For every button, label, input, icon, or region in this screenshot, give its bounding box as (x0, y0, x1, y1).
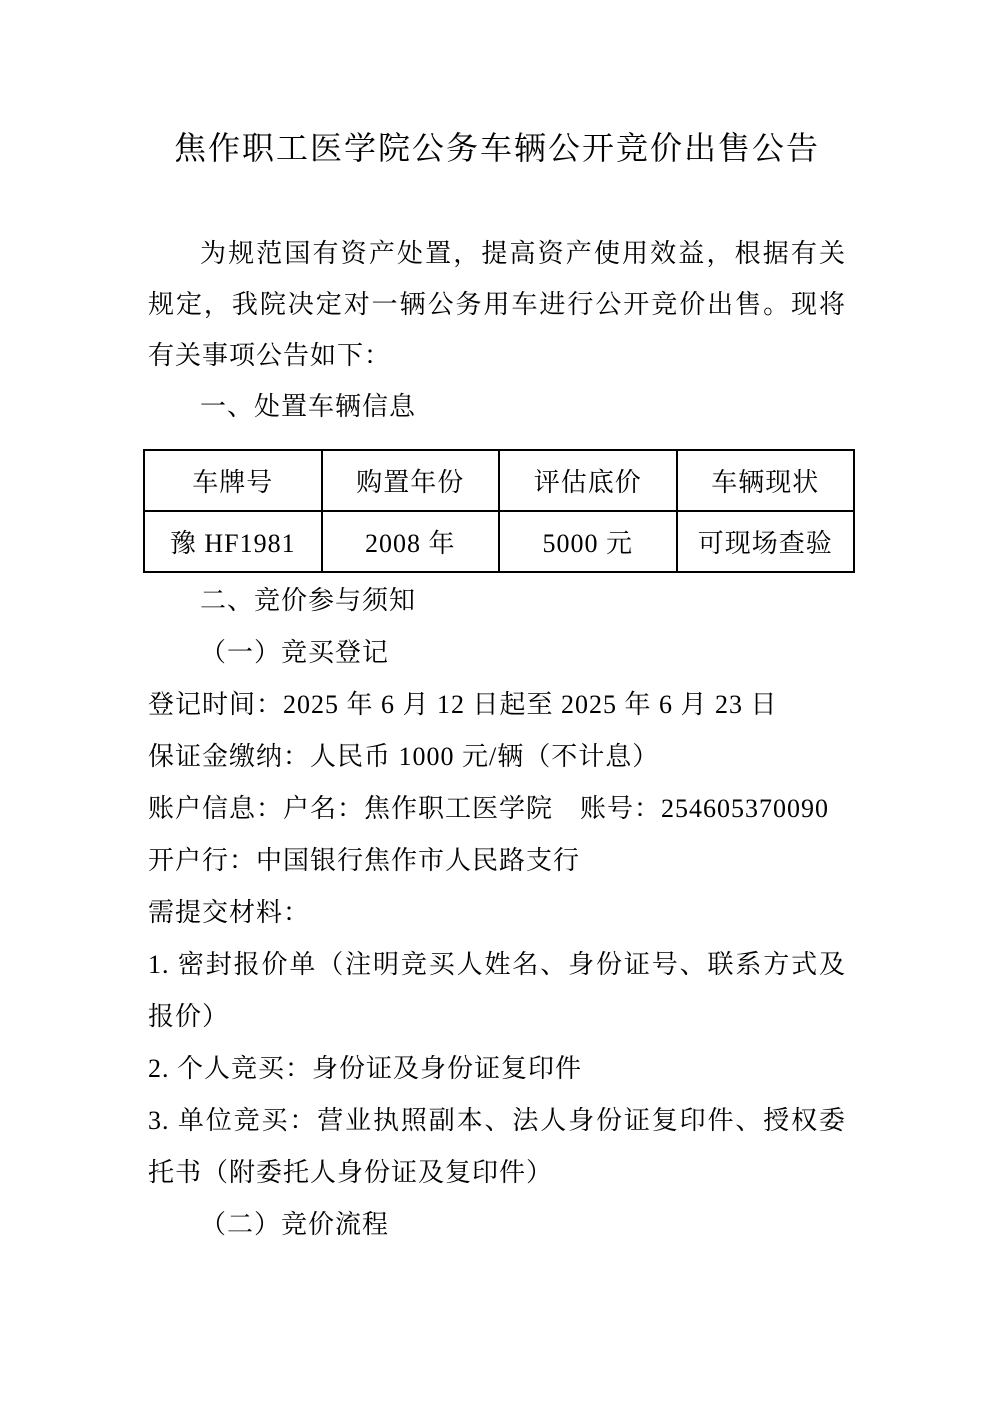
material-item-individual-bidder: 2. 个人竞买：身份证及身份证复印件 (148, 1043, 846, 1095)
cell-purchase-year: 2008 年 (322, 511, 500, 572)
vehicle-info-table: 车牌号 购置年份 评估底价 车辆现状 豫 HF1981 2008 年 5000 … (143, 449, 855, 573)
vehicle-table-head: 车牌号 购置年份 评估底价 车辆现状 (144, 450, 854, 511)
header-cell-vehicle-condition: 车辆现状 (677, 450, 855, 511)
deposit-payment-line: 保证金缴纳：人民币 1000 元/辆（不计息） (148, 731, 846, 783)
section2: 二、竞价参与须知 （一）竞买登记 登记时间：2025 年 6 月 12 日起至 … (148, 575, 846, 1251)
section1-heading: 一、处置车辆信息 (148, 381, 846, 432)
header-cell-appraised-price: 评估底价 (499, 450, 677, 511)
intro-paragraph: 为规范国有资产处置，提高资产使用效益，根据有关规定，我院决定对一辆公务用车进行公… (148, 228, 846, 381)
cell-plate-number: 豫 HF1981 (144, 511, 322, 572)
document-page: 焦作职工医学院公务车辆公开竞价出售公告 为规范国有资产处置，提高资产使用效益，根… (0, 0, 992, 1403)
table-row: 豫 HF1981 2008 年 5000 元 可现场查验 (144, 511, 854, 572)
vehicle-table-body: 豫 HF1981 2008 年 5000 元 可现场查验 (144, 511, 854, 572)
page-title: 焦作职工医学院公务车辆公开竞价出售公告 (148, 126, 846, 170)
material-item-sealed-quotation: 1. 密封报价单（注明竞买人姓名、身份证号、联系方式及报价） (148, 939, 846, 1043)
cell-vehicle-condition: 可现场查验 (677, 511, 855, 572)
header-cell-plate-number: 车牌号 (144, 450, 322, 511)
subsection-registration-heading: （一）竞买登记 (148, 627, 846, 679)
required-materials-heading-line: 需提交材料： (148, 887, 846, 939)
cell-appraised-price: 5000 元 (499, 511, 677, 572)
material-item-organization-bidder: 3. 单位竞买：营业执照副本、法人身份证复印件、授权委托书（附委托人身份证及复印… (148, 1095, 846, 1199)
table-header-row: 车牌号 购置年份 评估底价 车辆现状 (144, 450, 854, 511)
section2-heading: 二、竞价参与须知 (148, 575, 846, 627)
subsection-bidding-process-heading: （二）竞价流程 (148, 1199, 846, 1251)
header-cell-purchase-year: 购置年份 (322, 450, 500, 511)
bank-branch-line: 开户行：中国银行焦作市人民路支行 (148, 835, 846, 887)
account-info-line: 账户信息：户名：焦作职工医学院 账号：254605370090 (148, 783, 846, 835)
registration-time-line: 登记时间：2025 年 6 月 12 日起至 2025 年 6 月 23 日 (148, 679, 846, 731)
